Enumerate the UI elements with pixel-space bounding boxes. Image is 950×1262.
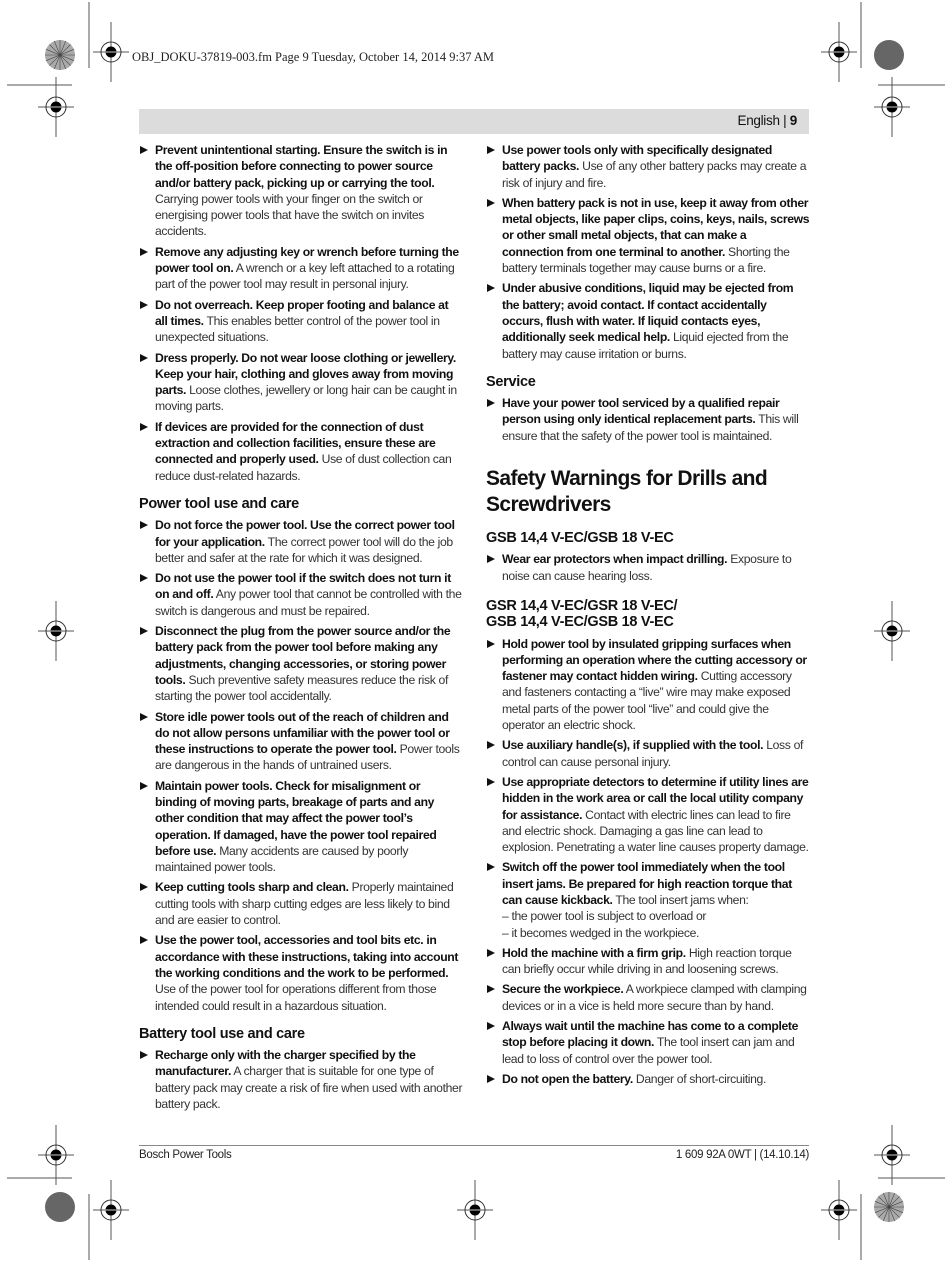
bullet-triangle-icon xyxy=(487,146,495,154)
bullet-triangle-icon xyxy=(140,883,148,891)
bullet-triangle-icon xyxy=(140,627,148,635)
bullet-triangle-icon xyxy=(140,713,148,721)
page-number: 9 xyxy=(790,113,797,128)
dash-item: – the power tool is subject to overload … xyxy=(502,908,810,924)
bullet-triangle-icon xyxy=(487,199,495,207)
page-header-label: English | 9 xyxy=(737,113,797,128)
bullet-triangle-icon xyxy=(140,521,148,529)
footer-document-code: 1 609 92A 0WT | (14.10.14) xyxy=(676,1149,809,1161)
list-item: Hold the machine with a firm grip. High … xyxy=(486,945,810,978)
right-column: Use power tools only with specifically d… xyxy=(486,142,810,1091)
framemaker-header: OBJ_DOKU-37819-003.fm Page 9 Tuesday, Oc… xyxy=(132,50,494,65)
section-heading-gsb: GSB 14,4 V-EC/GSB 18 V-EC xyxy=(486,530,810,546)
list-item: Do not use the power tool if the switch … xyxy=(139,570,463,619)
bullet-triangle-icon xyxy=(487,640,495,648)
section-heading-battery-tool-use: Battery tool use and care xyxy=(139,1026,463,1042)
bullet-triangle-icon xyxy=(140,782,148,790)
list-item: Under abusive conditions, liquid may be … xyxy=(486,280,810,361)
list-item: Use auxiliary handle(s), if supplied wit… xyxy=(486,737,810,770)
bullet-triangle-icon xyxy=(140,574,148,582)
list-item: Have your power tool serviced by a quali… xyxy=(486,395,810,444)
list-item: Use power tools only with specifically d… xyxy=(486,142,810,191)
bullet-triangle-icon xyxy=(487,741,495,749)
bullet-triangle-icon xyxy=(487,863,495,871)
bullet-triangle-icon xyxy=(140,354,148,362)
language-label: English xyxy=(737,113,779,128)
section-heading-gsr-gsb: GSR 14,4 V-EC/GSR 18 V-EC/ GSB 14,4 V-EC… xyxy=(486,598,810,631)
left-column: Prevent unintentional starting. Ensure t… xyxy=(139,142,463,1116)
bullet-triangle-icon xyxy=(140,936,148,944)
bullet-triangle-icon xyxy=(487,985,495,993)
list-item: If devices are provided for the connecti… xyxy=(139,419,463,484)
bullet-triangle-icon xyxy=(140,248,148,256)
list-item: Store idle power tools out of the reach … xyxy=(139,709,463,774)
bullet-triangle-icon xyxy=(487,1075,495,1083)
list-item: Hold power tool by insulated gripping su… xyxy=(486,636,810,734)
bullet-triangle-icon xyxy=(140,146,148,154)
footer-rule xyxy=(139,1145,809,1146)
list-item: Disconnect the plug from the power sourc… xyxy=(139,623,463,704)
bullet-triangle-icon xyxy=(140,301,148,309)
list-item: Do not force the power tool. Use the cor… xyxy=(139,517,463,566)
bullet-triangle-icon xyxy=(487,284,495,292)
list-item: Do not open the battery. Danger of short… xyxy=(486,1071,810,1087)
list-item: Remove any adjusting key or wrench befor… xyxy=(139,244,463,293)
list-item: Wear ear protectors when impact drilling… xyxy=(486,551,810,584)
list-item: Use the power tool, accessories and tool… xyxy=(139,932,463,1013)
bullet-triangle-icon xyxy=(140,423,148,431)
list-item: Maintain power tools. Check for misalign… xyxy=(139,778,463,876)
list-item: Keep cutting tools sharp and clean. Prop… xyxy=(139,879,463,928)
section-heading-service: Service xyxy=(486,374,810,390)
list-item: Secure the workpiece. A workpiece clampe… xyxy=(486,981,810,1014)
bullet-triangle-icon xyxy=(487,949,495,957)
bullet-triangle-icon xyxy=(487,399,495,407)
list-item: Use appropriate detectors to determine i… xyxy=(486,774,810,855)
list-item: Switch off the power tool immediately wh… xyxy=(486,859,810,940)
bullet-triangle-icon xyxy=(487,555,495,563)
section-heading-power-tool-use: Power tool use and care xyxy=(139,496,463,512)
list-item: Do not overreach. Keep proper footing an… xyxy=(139,297,463,346)
main-heading-safety-warnings: Safety Warnings for Drills and Screwdriv… xyxy=(486,466,810,518)
list-item: Always wait until the machine has come t… xyxy=(486,1018,810,1067)
bullet-triangle-icon xyxy=(487,778,495,786)
list-item: Recharge only with the charger specified… xyxy=(139,1047,463,1112)
page-header-bar: English | 9 xyxy=(139,109,809,134)
dash-item: – it becomes wedged in the workpiece. xyxy=(502,925,810,941)
list-item: Dress properly. Do not wear loose clothi… xyxy=(139,350,463,415)
bullet-triangle-icon xyxy=(487,1022,495,1030)
list-item: When battery pack is not in use, keep it… xyxy=(486,195,810,276)
footer-publisher: Bosch Power Tools xyxy=(139,1149,232,1161)
list-item: Prevent unintentional starting. Ensure t… xyxy=(139,142,463,240)
bullet-triangle-icon xyxy=(140,1051,148,1059)
